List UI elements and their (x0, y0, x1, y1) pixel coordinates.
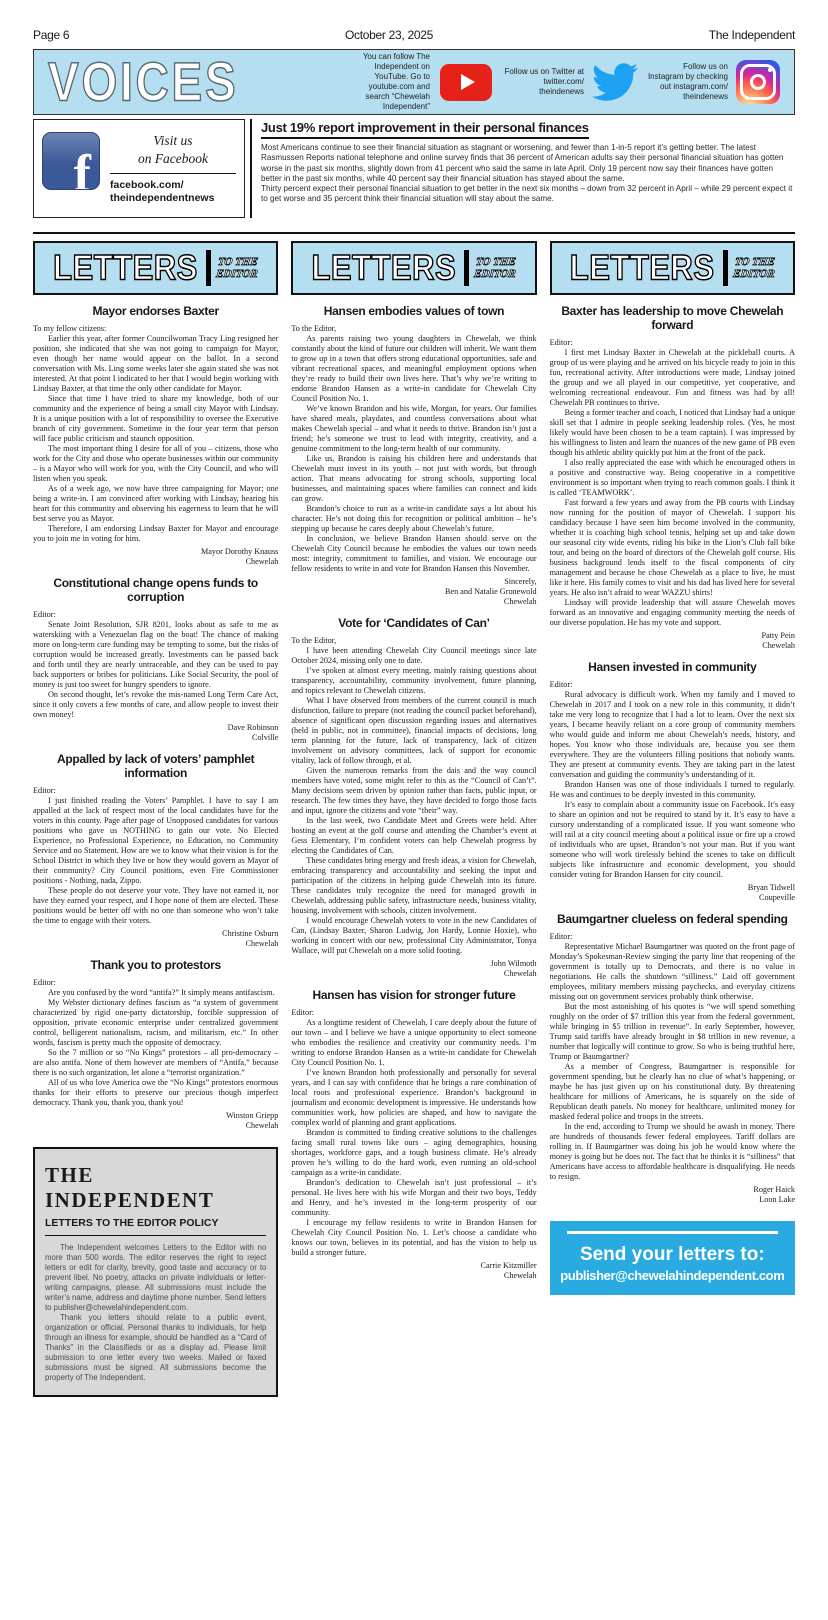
letter-thank-you-protestors: Thank you to protestors Editor: Are you … (33, 958, 278, 1131)
letter-hansen-invested: Hansen invested in community Editor: Rur… (550, 660, 795, 903)
letters-section: LETTERS TO THE EDITOR Mayor endorses Bax… (33, 232, 795, 1397)
letter-appalled-pamphlet: Appalled by lack of voters’ pamphlet inf… (33, 752, 278, 949)
letter-signature: Sincerely,Ben and Natalie GronewoldChewe… (291, 577, 536, 607)
letter-body: Representative Michael Baumgartner was q… (550, 942, 795, 1182)
letter-headline: Vote for ‘Candidates of Can’ (291, 616, 536, 630)
letter-headline: Hansen invested in community (550, 660, 795, 674)
letter-body: Are you confused by the word “antifa?” I… (33, 988, 278, 1108)
letter-signature: Dave RobinsonColville (33, 723, 278, 743)
letter-body: I first met Lindsay Baxter in Chewelah a… (550, 348, 795, 628)
letter-headline: Hansen embodies values of town (291, 304, 536, 318)
letter-hansen-vision: Hansen has vision for stronger future Ed… (291, 988, 536, 1281)
finance-article-title: Just 19% report improvement in their per… (261, 120, 589, 139)
policy-box-body: The Independent welcomes Letters to the … (45, 1243, 266, 1383)
letter-hansen-embodies-values: Hansen embodies values of town To the Ed… (291, 304, 536, 607)
page-header: Page 6 October 23, 2025 The Independent (33, 28, 795, 42)
letter-signature: Christine OsburnChewelah (33, 929, 278, 949)
letter-signature: Carrie KitzmillerChewelah (291, 1261, 536, 1281)
letter-headline: Appalled by lack of voters’ pamphlet inf… (33, 752, 278, 780)
facebook-icon: f (42, 132, 100, 190)
letters-column-1: LETTERS TO THE EDITOR Mayor endorses Bax… (33, 241, 278, 1397)
letter-headline: Thank you to protestors (33, 958, 278, 972)
letter-headline: Mayor endorses Baxter (33, 304, 278, 318)
youtube-icon (440, 64, 492, 101)
letters-column-3: LETTERS TO THE EDITOR Baxter has leaders… (550, 241, 795, 1397)
letter-headline: Baumgartner clueless on federal spending (550, 912, 795, 926)
instagram-icon (736, 60, 780, 104)
letter-salutation: Editor: (33, 610, 278, 620)
letter-body: Earlier this year, after former Councilw… (33, 334, 278, 544)
policy-box-subtitle: LETTERS TO THE EDITOR POLICY (45, 1217, 266, 1229)
letter-salutation: Editor: (550, 680, 795, 690)
letter-salutation: To the Editor, (291, 324, 536, 334)
letter-body: Rural advocacy is difficult work. When m… (550, 690, 795, 880)
letter-headline: Hansen has vision for stronger future (291, 988, 536, 1002)
letter-salutation: Editor: (33, 786, 278, 796)
letters-banner: LETTERS TO THE EDITOR (550, 241, 795, 295)
letter-candidates-of-can: Vote for ‘Candidates of Can’ To the Edit… (291, 616, 536, 979)
letters-policy-box: THE INDEPENDENT LETTERS TO THE EDITOR PO… (33, 1147, 278, 1397)
letters-column-2: LETTERS TO THE EDITOR Hansen embodies va… (291, 241, 536, 1397)
page-number: Page 6 (33, 28, 69, 42)
send-letters-title: Send your letters to: (558, 1244, 787, 1266)
letter-salutation: Editor: (550, 338, 795, 348)
letters-banner: LETTERS TO THE EDITOR (291, 241, 536, 295)
letter-headline: Constitutional change opens funds to cor… (33, 576, 278, 604)
finance-article-body: Most Americans continue to see their fin… (261, 143, 795, 205)
letter-salutation: To my fellow citizens: (33, 324, 278, 334)
letter-body: As parents raising two young daughters i… (291, 334, 536, 574)
youtube-blurb: You can follow The Independent on YouTub… (348, 52, 430, 112)
newspaper-page: Page 6 October 23, 2025 The Independent … (0, 0, 828, 1397)
letter-signature: Winston GrieppChewelah (33, 1111, 278, 1131)
letter-signature: John WilmothChewelah (291, 959, 536, 979)
policy-divider (45, 1235, 266, 1236)
letter-mayor-endorses-baxter: Mayor endorses Baxter To my fellow citiz… (33, 304, 278, 567)
send-box-divider (567, 1231, 778, 1234)
page-date: October 23, 2025 (345, 28, 433, 42)
letter-salutation: To the Editor, (291, 636, 536, 646)
letter-body: As a longtime resident of Chewelah, I ca… (291, 1018, 536, 1258)
letter-signature: Patty PeinChewelah (550, 631, 795, 651)
letter-salutation: Editor: (550, 932, 795, 942)
letter-salutation: Editor: (291, 1008, 536, 1018)
letter-body: I have been attending Chewelah City Coun… (291, 646, 536, 956)
twitter-bird-icon (592, 59, 638, 105)
facebook-visit-text: Visit us on Facebook (110, 132, 236, 174)
letter-body: Senate Joint Resolution, SJR 8201, looks… (33, 620, 278, 720)
letter-baumgartner-clueless: Baumgartner clueless on federal spending… (550, 912, 795, 1205)
send-letters-email: publisher@chewelahindependent.com (558, 1268, 787, 1283)
letter-signature: Mayor Dorothy KnaussChewelah (33, 547, 278, 567)
finance-article: Just 19% report improvement in their per… (250, 119, 795, 218)
instagram-blurb: Follow us on Instagram by checking out i… (646, 62, 728, 102)
letter-salutation: Editor: (33, 978, 278, 988)
send-letters-box: Send your letters to: publisher@chewelah… (550, 1221, 795, 1295)
policy-box-title: THE INDEPENDENT (45, 1163, 266, 1213)
facebook-box: f Visit us on Facebook facebook.com/ the… (33, 119, 245, 218)
letter-baxter-leadership: Baxter has leadership to move Chewelah f… (550, 304, 795, 651)
letter-headline: Baxter has leadership to move Chewelah f… (550, 304, 795, 332)
voices-banner: VOICES You can follow The Independent on… (33, 49, 795, 115)
voices-title: VOICES (48, 50, 324, 114)
letter-constitutional-change: Constitutional change opens funds to cor… (33, 576, 278, 743)
letter-signature: Bryan TidwellCoupeville (550, 883, 795, 903)
facebook-url: facebook.com/ theindependentnews (110, 179, 236, 205)
paper-name: The Independent (709, 28, 795, 42)
twitter-blurb: Follow us on Twitter at twitter.com/ the… (502, 67, 584, 97)
letters-banner: LETTERS TO THE EDITOR (33, 241, 278, 295)
play-icon (461, 74, 475, 90)
letter-body: I just finished reading the Voters’ Pamp… (33, 796, 278, 926)
letter-signature: Roger HaickLoon Lake (550, 1185, 795, 1205)
